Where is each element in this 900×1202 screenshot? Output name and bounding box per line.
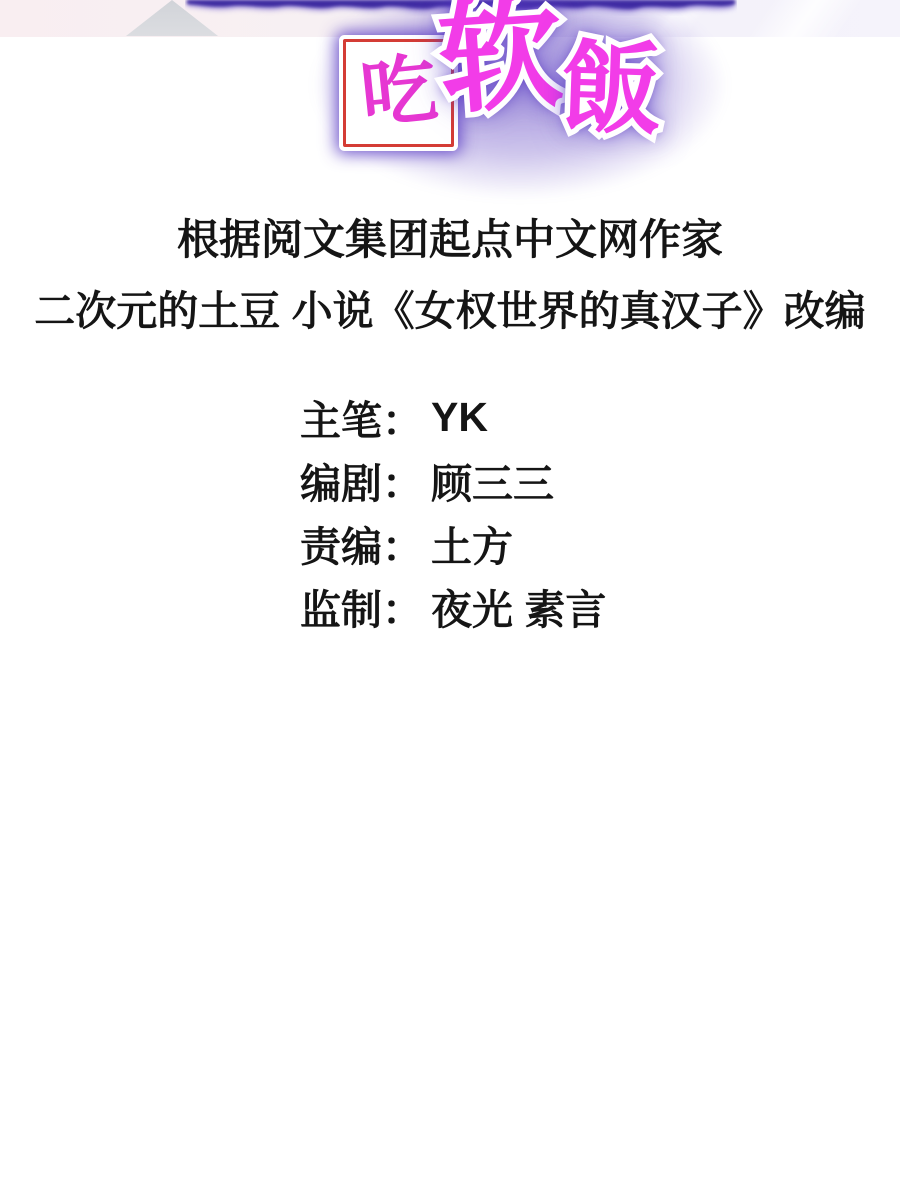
logo-char-chi: 吃 [357,51,441,135]
series-logo: 吃 软 软 飯 飯 [0,0,900,200]
credits-list: 主笔：YK 编剧：顾三三 责编：土方 监制：夜光 素言 [300,386,606,638]
credit-role: 责编 [300,514,382,573]
credit-separator: ： [382,514,423,573]
credit-name: 土方 [431,514,513,573]
credit-name: 顾三三 [431,451,554,510]
credit-separator: ： [382,388,423,447]
credit-name: 夜光 素言 [431,577,606,636]
credit-row-supervisor: 监制：夜光 素言 [300,575,606,638]
credit-row-screenwriter: 编剧：顾三三 [300,449,606,512]
credit-separator: ： [382,451,423,510]
logo-char-fan: 飯 飯 [559,38,663,142]
attribution-line2: 二次元的土豆 小说《女权世界的真汉子》改编 [0,278,900,337]
credit-name: YK [431,394,488,441]
logo-char-ruan: 软 软 [434,0,566,122]
credit-separator: ： [382,577,423,636]
credit-row-editor: 责编：土方 [300,512,606,575]
credit-row-artist: 主笔：YK [300,386,606,449]
attribution-line1: 根据阅文集团起点中文网作家 [0,207,900,267]
credit-role: 编剧 [300,451,382,510]
credit-role: 监制 [300,577,382,636]
credits-page: 吃 软 软 飯 飯 根据阅文集团起点中文网作家 二次元的土豆 小说《女权世界的真… [0,0,900,1202]
credit-role: 主笔 [300,388,382,447]
logo-char-fan-fill: 飯 [559,32,664,147]
logo-char-ruan-fill: 软 [433,0,566,129]
